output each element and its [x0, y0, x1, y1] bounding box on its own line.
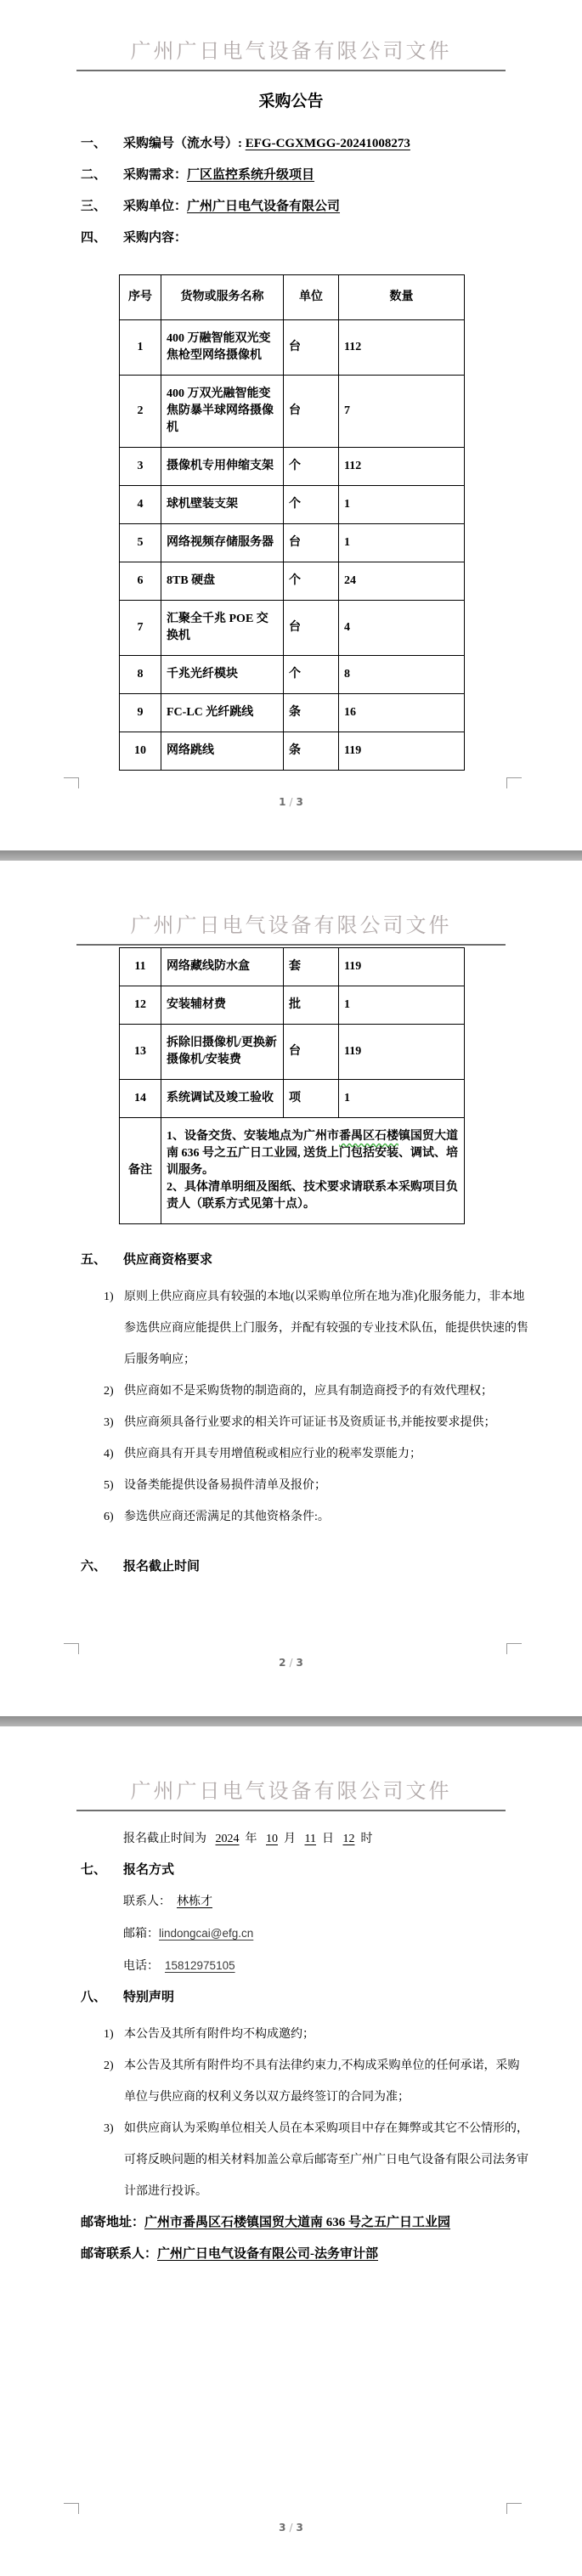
list-item: 1)本公告及其所有附件均不构成邀约；: [104, 2019, 529, 2050]
deadline-day-label: 日: [322, 1833, 334, 1845]
list-item-number: 6): [104, 1501, 124, 1533]
phone-line: 电话：15812975105: [123, 1950, 531, 1982]
mailing-contact-label: 邮寄联系人：: [81, 2247, 157, 2261]
list-item: 2)本公告及其所有附件均不具有法律约束力,不构成采购单位的任何承诺，采购单位与供…: [104, 2050, 529, 2113]
list-item-number: 5): [104, 1470, 124, 1501]
section-title: 报名截止时间: [123, 1560, 200, 1573]
text-boundary-mark: [506, 1643, 522, 1654]
page-number: 3/3: [0, 2522, 582, 2534]
list-item-text: 供应商须具备行业要求的相关许可证证书及资质证书,并能按要求提供；: [124, 1407, 529, 1438]
procurement-number-value: EFG-CGXMGG-20241008273: [246, 137, 410, 150]
header-seq: 序号: [120, 275, 161, 320]
header-item-name: 货物或服务名称: [161, 275, 284, 320]
list-item-text: 设备类能提供设备易损件清单及报价；: [124, 1470, 529, 1501]
document-title: 采购公告: [0, 88, 582, 111]
cell-quantity: 24: [339, 562, 465, 601]
remark-paragraph-2: 2、具体清单明细及图纸、技术要求请联系本采购项目负责人（联系方式见第十点）。: [167, 1179, 459, 1213]
table-row: 10 网络跳线 条 119: [120, 732, 465, 771]
cell-unit: 个: [284, 562, 339, 601]
section-procurement-unit: 三、采购单位：广州广日电气设备有限公司: [81, 191, 531, 223]
list-item: 1)原则上供应商应具有较强的本地(以采购单位所在地为准)化服务能力，非本地参选供…: [104, 1281, 529, 1376]
page-number: 2/3: [0, 1657, 582, 1669]
cell-item-name: 网络视频存储服务器: [161, 524, 284, 562]
qualification-list: 1)原则上供应商应具有较强的本地(以采购单位所在地为准)化服务能力，非本地参选供…: [104, 1281, 582, 1533]
section-label: 采购需求：: [123, 168, 187, 182]
procurement-items-table-continued: 11 网络藏线防水盒 套 119 12 安装辅材费 批 1 13 拆除旧摄像机/…: [119, 947, 465, 1224]
deadline-prefix: 报名截止时间为: [123, 1833, 206, 1845]
cell-unit: 套: [284, 948, 339, 986]
table-row: 12 安装辅材费 批 1: [120, 986, 465, 1025]
mailing-address-value: 广州市番禺区石楼镇国贸大道南 636 号之五广日工业园: [144, 2216, 450, 2229]
deadline-hour-label: 时: [360, 1833, 372, 1845]
page-1: 广州广日电气设备有限公司文件 采购公告 一、采购编号（流水号）: EFG-CGX…: [0, 0, 582, 850]
page-number-total: 3: [297, 1657, 303, 1669]
contact-person-label: 联系人：: [123, 1895, 171, 1908]
table-header-row: 序号 货物或服务名称 单位 数量: [120, 275, 465, 320]
cell-unit: 条: [284, 694, 339, 732]
cell-item-name: 球机壁装支架: [161, 486, 284, 524]
remark-content: 1、设备交货、安装地点为广州市番禺区石楼镇国贸大道南 636 号之五广日工业园,…: [161, 1118, 465, 1224]
table-row: 7 汇聚全千兆 POE 交换机 台 4: [120, 601, 465, 656]
list-item-number: 1): [104, 1281, 124, 1376]
cell-item-name: 汇聚全千兆 POE 交换机: [161, 601, 284, 656]
list-item: 4)供应商具有开具专用增值税或相应行业的税率发票能力；: [104, 1438, 529, 1470]
section-title: 报名方式: [123, 1863, 174, 1877]
cell-item-name: 系统调试及竣工验收: [161, 1080, 284, 1118]
list-item-number: 3): [104, 2113, 124, 2207]
deadline-year: 2024: [210, 1833, 246, 1845]
cell-quantity: 1: [339, 1080, 465, 1118]
company-letterhead-title: 广州广日电气设备有限公司文件: [76, 908, 506, 938]
cell-unit: 台: [284, 320, 339, 376]
list-item-text: 供应商如不是采购货物的制造商的，应具有制造商授予的有效代理权；: [124, 1376, 529, 1407]
text-boundary-mark: [64, 777, 79, 788]
procurement-items-table: 序号 货物或服务名称 单位 数量 1 400 万融智能双光变焦枪型网络摄像机 台…: [119, 274, 465, 771]
list-item-number: 3): [104, 1407, 124, 1438]
cell-quantity: 112: [339, 448, 465, 486]
list-item-text: 如供应商认为采购单位相关人员在本采购项目中存在舞弊或其它不公情形的，可将反映问题…: [124, 2113, 529, 2207]
table-row: 2 400 万双光融智能变焦防暴半球网络摄像机 台 7: [120, 376, 465, 448]
special-statement-list: 1)本公告及其所有附件均不构成邀约； 2)本公告及其所有附件均不具有法律约束力,…: [104, 2019, 582, 2207]
table-row: 4 球机壁装支架 个 1: [120, 486, 465, 524]
section-number: 八、: [81, 1982, 123, 2014]
contact-person-value: 林栋才: [171, 1895, 218, 1908]
text-boundary-mark: [64, 1643, 79, 1654]
procurement-unit-value: 广州广日电气设备有限公司: [187, 200, 340, 213]
top-sections: 一、采购编号（流水号）: EFG-CGXMGG-20241008273 二、采购…: [0, 128, 582, 254]
section-title: 特别声明: [123, 1991, 174, 2004]
section-number: 四、: [81, 223, 123, 254]
section-procurement-demand: 二、采购需求：厂区监控系统升级项目: [81, 160, 531, 191]
cell-seq: 14: [120, 1080, 161, 1118]
cell-item-name: 8TB 硬盘: [161, 562, 284, 601]
deadline-hour: 12: [336, 1833, 360, 1845]
table-row: 11 网络藏线防水盒 套 119: [120, 948, 465, 986]
section-special-statement: 八、特别声明: [81, 1982, 582, 2014]
cell-seq: 6: [120, 562, 161, 601]
list-item-number: 2): [104, 1376, 124, 1407]
cell-seq: 4: [120, 486, 161, 524]
cell-quantity: 112: [339, 320, 465, 376]
section-title: 供应商资格要求: [123, 1253, 212, 1267]
cell-item-name: 摄像机专用伸缩支架: [161, 448, 284, 486]
cell-seq: 3: [120, 448, 161, 486]
cell-unit: 台: [284, 524, 339, 562]
mailing-contact-line: 邮寄联系人：广州广日电气设备有限公司-法务审计部: [81, 2239, 548, 2270]
cell-seq: 8: [120, 656, 161, 694]
list-item-text: 供应商具有开具专用增值税或相应行业的税率发票能力；: [124, 1438, 529, 1470]
company-letterhead: 广州广日电气设备有限公司文件: [76, 1726, 506, 1811]
section-number: 六、: [81, 1551, 123, 1583]
section-number: 七、: [81, 1855, 123, 1886]
table-row: 3 摄像机专用伸缩支架 个 112: [120, 448, 465, 486]
remark-paragraph-1: 1、设备交货、安装地点为广州市番禺区石楼镇国贸大道南 636 号之五广日工业园,…: [167, 1128, 459, 1179]
page-2: 广州广日电气设备有限公司文件 11 网络藏线防水盒 套 119 12 安装辅材费…: [0, 861, 582, 1716]
list-item-number: 1): [104, 2019, 124, 2050]
cell-quantity: 1: [339, 486, 465, 524]
cell-unit: 台: [284, 601, 339, 656]
section-number: 五、: [81, 1245, 123, 1276]
cell-item-name: 400 万融智能双光变焦枪型网络摄像机: [161, 320, 284, 376]
cell-quantity: 16: [339, 694, 465, 732]
list-item: 5)设备类能提供设备易损件清单及报价；: [104, 1470, 529, 1501]
section-procurement-content: 四、采购内容：: [81, 223, 531, 254]
cell-unit: 批: [284, 986, 339, 1025]
list-item-text: 原则上供应商应具有较强的本地(以采购单位所在地为准)化服务能力，非本地参选供应商…: [124, 1281, 529, 1376]
remark-text: 1、设备交货、安装地点为广州市: [167, 1130, 339, 1143]
header-unit: 单位: [284, 275, 339, 320]
cell-unit: 项: [284, 1080, 339, 1118]
cell-quantity: 1: [339, 986, 465, 1025]
cell-item-name: 400 万双光融智能变焦防暴半球网络摄像机: [161, 376, 284, 448]
page-separator: [0, 850, 582, 861]
table-row: 13 拆除旧摄像机/更换新摄像机/安装费 台 119: [120, 1025, 465, 1080]
procurement-demand-value: 厂区监控系统升级项目: [187, 168, 314, 182]
section-number: 一、: [81, 128, 123, 160]
cell-unit: 条: [284, 732, 339, 771]
page-number-separator: /: [285, 1657, 296, 1669]
cell-seq: 10: [120, 732, 161, 771]
section-supplier-qualifications: 五、供应商资格要求: [81, 1245, 582, 1276]
cell-unit: 个: [284, 486, 339, 524]
cell-seq: 1: [120, 320, 161, 376]
list-item-text: 本公告及其所有附件均不构成邀约；: [124, 2019, 529, 2050]
cell-unit: 台: [284, 376, 339, 448]
phone-label: 电话：: [123, 1960, 159, 1973]
cell-unit: 台: [284, 1025, 339, 1080]
remark-label: 备注: [120, 1118, 161, 1224]
section-label: 采购单位：: [123, 200, 187, 213]
table-row: 5 网络视频存储服务器 台 1: [120, 524, 465, 562]
cell-quantity: 119: [339, 1025, 465, 1080]
deadline-line: 报名截止时间为 2024年 10月 11日 12时: [123, 1823, 531, 1855]
procurement-announcement-document: 广州广日电气设备有限公司文件 采购公告 一、采购编号（流水号）: EFG-CGX…: [0, 0, 582, 2576]
spellcheck-marked-text: 番禺区石楼: [339, 1130, 398, 1143]
page-number-total: 3: [297, 2522, 303, 2534]
page-number-total: 3: [297, 796, 303, 808]
list-item-text: 参选供应商还需满足的其他资格条件:。: [124, 1501, 529, 1533]
list-item-number: 2): [104, 2050, 124, 2113]
page-separator: [0, 1716, 582, 1726]
company-letterhead-title: 广州广日电气设备有限公司文件: [76, 1774, 506, 1804]
table-row: 14 系统调试及竣工验收 项 1: [120, 1080, 465, 1118]
page-number-separator: /: [285, 2522, 296, 2534]
company-letterhead: 广州广日电气设备有限公司文件: [76, 861, 506, 946]
contact-person-line: 联系人：林栋才: [123, 1886, 531, 1918]
section-number: 二、: [81, 160, 123, 191]
cell-quantity: 119: [339, 948, 465, 986]
table-row: 8 千兆光纤模块 个 8: [120, 656, 465, 694]
cell-item-name: 网络藏线防水盒: [161, 948, 284, 986]
cell-quantity: 7: [339, 376, 465, 448]
cell-item-name: 千兆光纤模块: [161, 656, 284, 694]
table-row: 9 FC-LC 光纤跳线 条 16: [120, 694, 465, 732]
section-registration-method: 七、报名方式: [81, 1855, 582, 1886]
section-number: 三、: [81, 191, 123, 223]
cell-item-name: 网络跳线: [161, 732, 284, 771]
remark-row: 备注 1、设备交货、安装地点为广州市番禺区石楼镇国贸大道南 636 号之五广日工…: [120, 1118, 465, 1224]
mailing-contact-value: 广州广日电气设备有限公司-法务审计部: [157, 2247, 378, 2261]
text-boundary-mark: [506, 777, 522, 788]
cell-seq: 7: [120, 601, 161, 656]
cell-item-name: 安装辅材费: [161, 986, 284, 1025]
phone-value: 15812975105: [159, 1959, 241, 1972]
cell-seq: 11: [120, 948, 161, 986]
company-letterhead: 广州广日电气设备有限公司文件: [76, 0, 506, 71]
cell-item-name: FC-LC 光纤跳线: [161, 694, 284, 732]
list-item: 3)如供应商认为采购单位相关人员在本采购项目中存在舞弊或其它不公情形的，可将反映…: [104, 2113, 529, 2207]
section-registration-deadline: 六、报名截止时间: [81, 1551, 582, 1583]
cell-seq: 13: [120, 1025, 161, 1080]
cell-seq: 9: [120, 694, 161, 732]
page-3: 广州广日电气设备有限公司文件 报名截止时间为 2024年 10月 11日 12时…: [0, 1726, 582, 2576]
table-row: 1 400 万融智能双光变焦枪型网络摄像机 台 112: [120, 320, 465, 376]
list-item-text: 本公告及其所有附件均不具有法律约束力,不构成采购单位的任何承诺，采购单位与供应商…: [124, 2050, 529, 2113]
mailing-address-line: 邮寄地址：广州市番禺区石楼镇国贸大道南 636 号之五广日工业园: [81, 2207, 548, 2239]
cell-item-name: 拆除旧摄像机/更换新摄像机/安装费: [161, 1025, 284, 1080]
list-item: 6)参选供应商还需满足的其他资格条件:。: [104, 1501, 529, 1533]
section-label: 采购编号（流水号）:: [123, 137, 246, 150]
email-value: lindongcai@efg.cn: [159, 1927, 275, 1940]
cell-quantity: 1: [339, 524, 465, 562]
deadline-month: 10: [260, 1833, 284, 1845]
list-item: 3)供应商须具备行业要求的相关许可证证书及资质证书,并能按要求提供；: [104, 1407, 529, 1438]
cell-unit: 个: [284, 656, 339, 694]
email-line: 邮箱：lindongcai@efg.cn: [123, 1918, 531, 1950]
cell-quantity: 8: [339, 656, 465, 694]
deadline-day: 11: [299, 1833, 322, 1845]
cell-quantity: 4: [339, 601, 465, 656]
list-item-number: 4): [104, 1438, 124, 1470]
cell-seq: 12: [120, 986, 161, 1025]
cell-seq: 2: [120, 376, 161, 448]
section-procurement-number: 一、采购编号（流水号）: EFG-CGXMGG-20241008273: [81, 128, 531, 160]
list-item: 2)供应商如不是采购货物的制造商的，应具有制造商授予的有效代理权；: [104, 1376, 529, 1407]
deadline-year-label: 年: [246, 1833, 257, 1845]
text-boundary-mark: [506, 2503, 522, 2514]
cell-quantity: 119: [339, 732, 465, 771]
page-number-separator: /: [285, 796, 296, 808]
cell-unit: 个: [284, 448, 339, 486]
deadline-month-label: 月: [284, 1833, 296, 1845]
cell-seq: 5: [120, 524, 161, 562]
mailing-address-label: 邮寄地址：: [81, 2216, 144, 2229]
page-number: 1/3: [0, 796, 582, 808]
header-quantity: 数量: [339, 275, 465, 320]
company-letterhead-title: 广州广日电气设备有限公司文件: [76, 34, 506, 64]
email-label: 邮箱：: [123, 1928, 159, 1940]
table-row: 6 8TB 硬盘 个 24: [120, 562, 465, 601]
text-boundary-mark: [64, 2503, 79, 2514]
section-label: 采购内容：: [123, 231, 187, 245]
